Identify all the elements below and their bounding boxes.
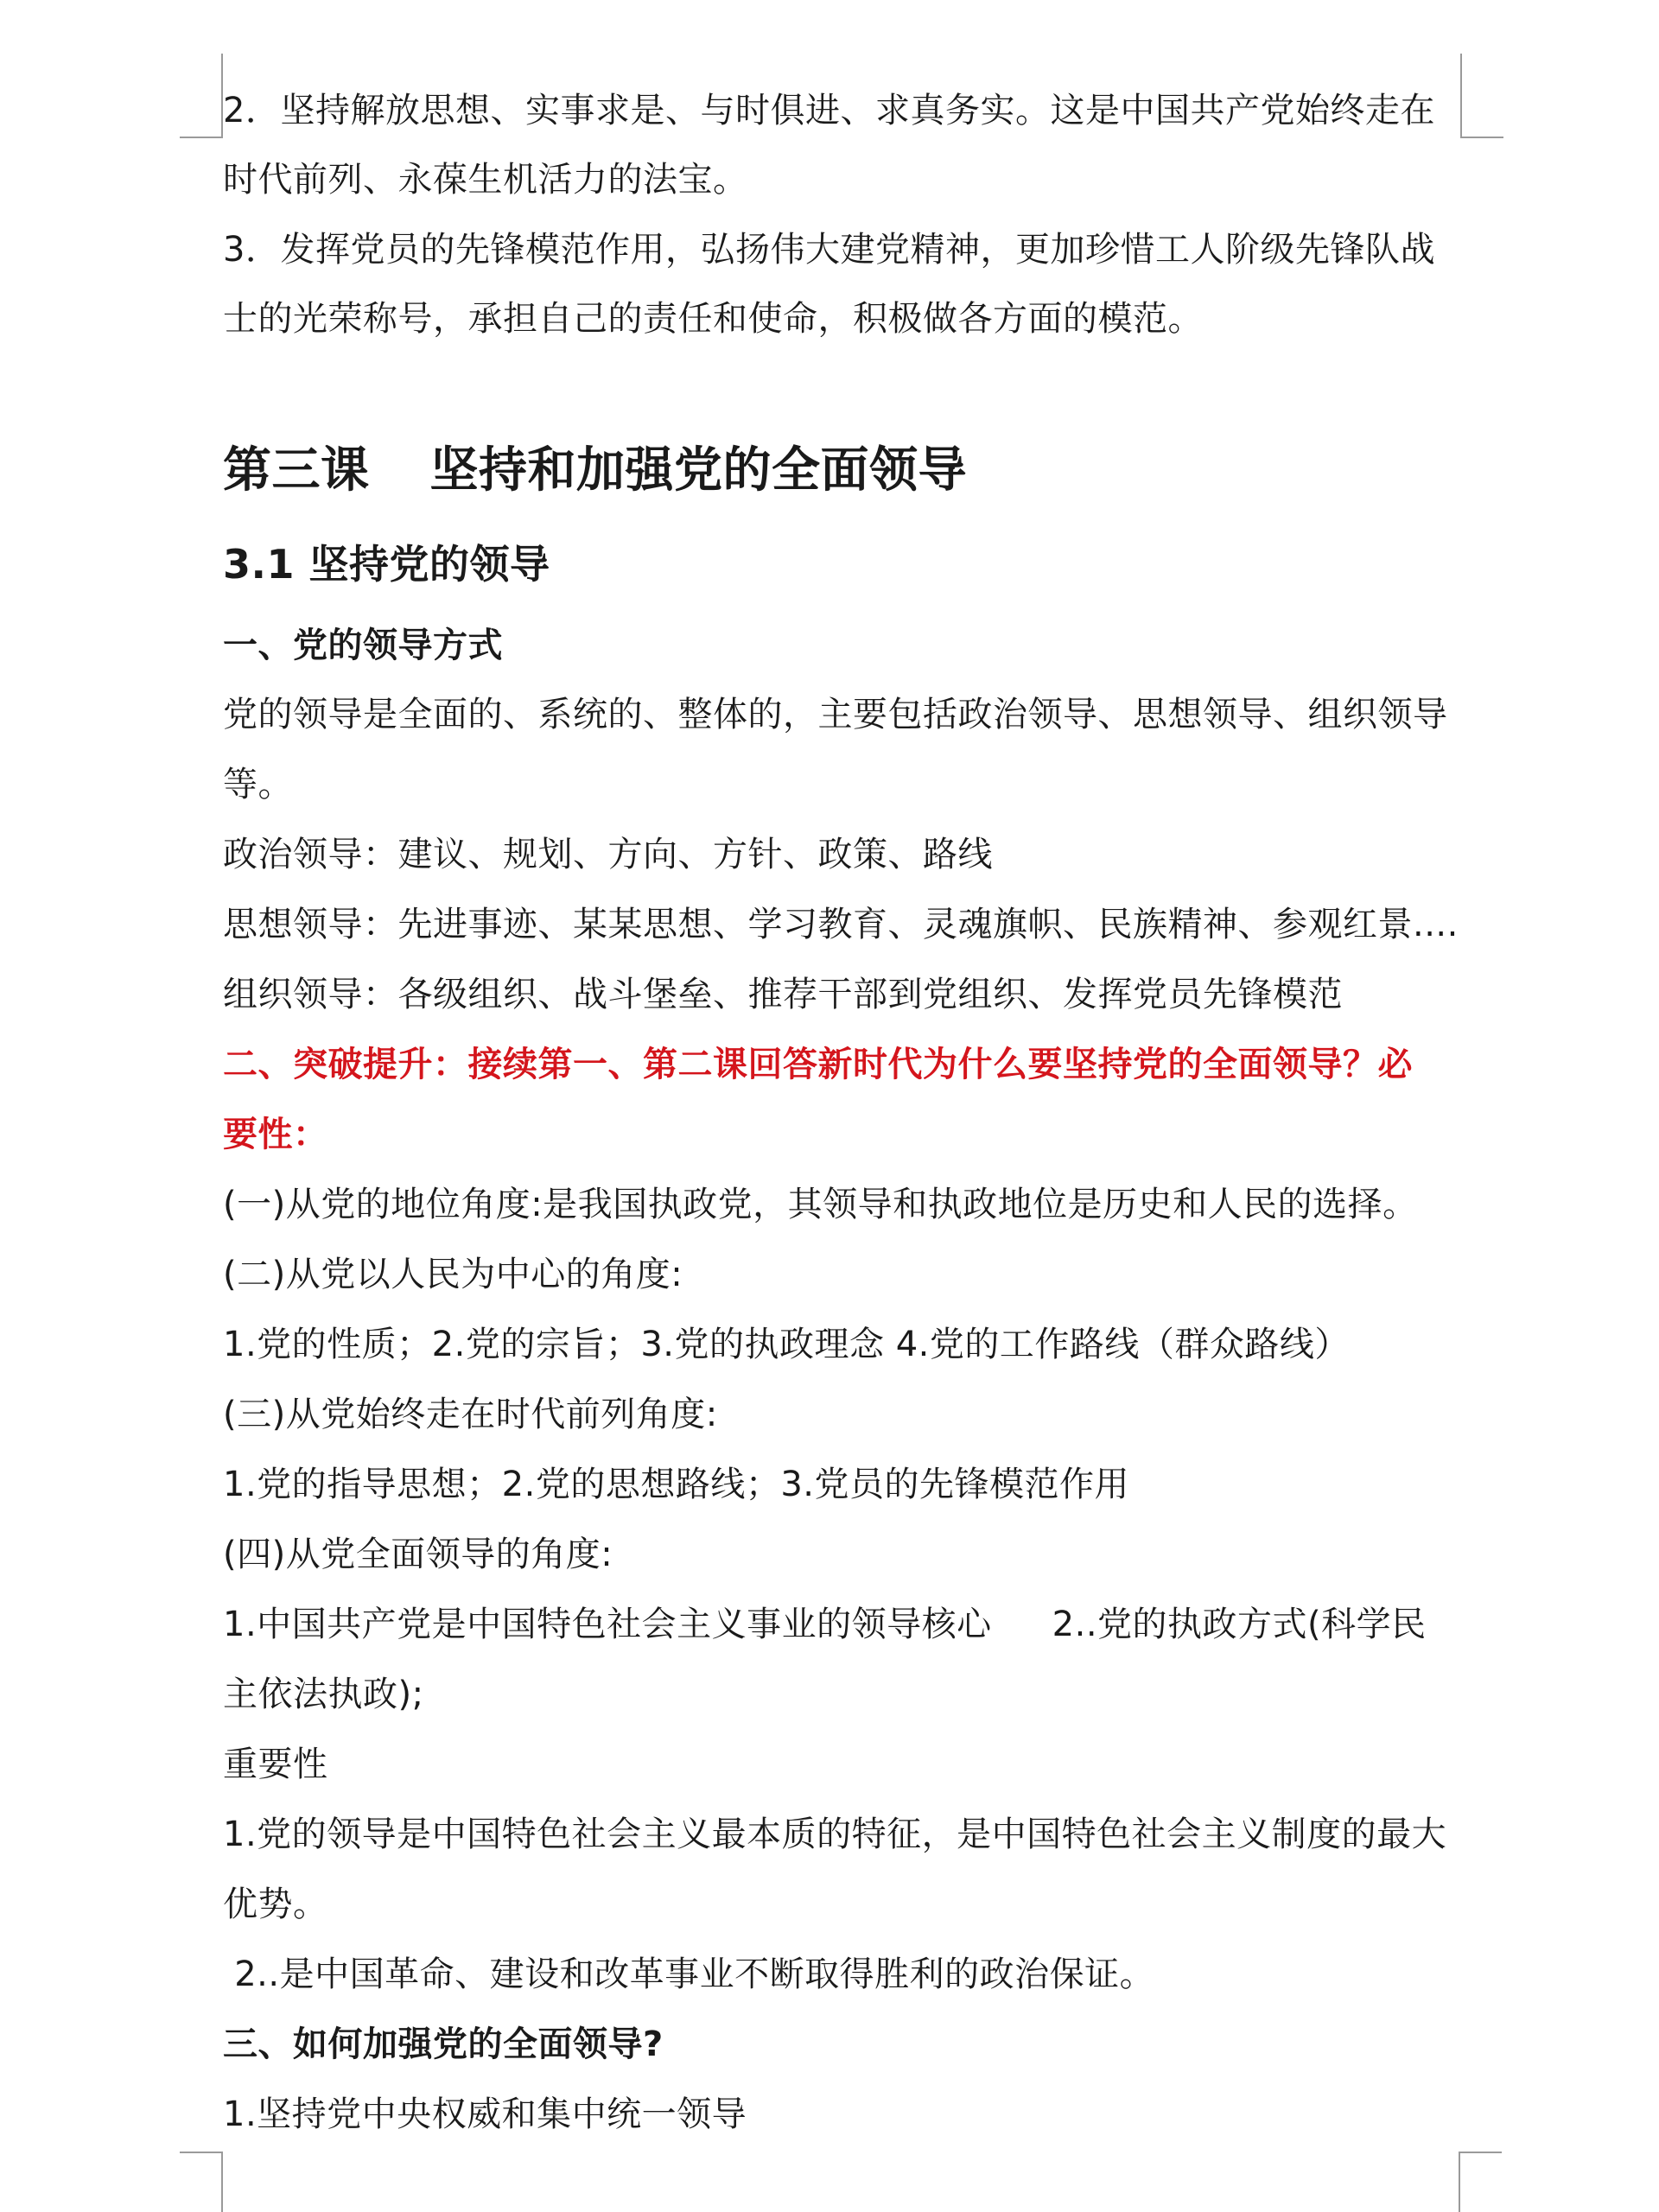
intro-item-2-line2: 时代前列、永葆生机活力的法宝。	[223, 154, 748, 206]
importance-1-line2: 优势。	[223, 1878, 328, 1930]
intro-item-3-line1: 3．发挥党员的先锋模范作用，弘扬伟大建党精神，更加珍惜工人阶级先锋队战	[223, 224, 1435, 276]
necessity-line: 1.党的性质；2.党的宗旨；3.党的执政理念 4.党的工作路线（群众路线）	[223, 1319, 1350, 1370]
importance-2: 2..是中国革命、建设和改革事业不断取得胜利的政治保证。	[223, 1948, 1154, 2000]
lesson-title-text: 坚持和加强党的全面领导	[430, 442, 968, 499]
part1-summary-line2: 等。	[223, 759, 293, 810]
part1-summary-line1: 党的领导是全面的、系统的、整体的，主要包括政治领导、思想领导、组织领导	[223, 689, 1448, 741]
page-corner-mark-top-right	[1460, 54, 1503, 138]
part2-heading-line2: 要性：	[223, 1109, 328, 1160]
necessity-line: (三)从党始终走在时代前列角度:	[223, 1389, 718, 1440]
governing-method-text: 2..党的执政方式(科学民	[1052, 1605, 1427, 1644]
necessity-line: (四)从党全面领导的角度:	[223, 1529, 613, 1580]
necessity-line: 1.党的指导思想；2.党的思想路线；3.党员的先锋模范作用	[223, 1459, 1129, 1510]
necessity-line: (二)从党以人民为中心的角度:	[223, 1249, 683, 1300]
organizational-leadership-item: 组织领导：各级组织、战斗堡垒、推荐干部到党组织、发挥党员先锋模范	[223, 969, 1343, 1020]
page-corner-mark-top-left	[180, 54, 223, 138]
leadership-line2: 主依法执政);	[223, 1669, 424, 1720]
section-title: 3.1 坚持党的领导	[223, 537, 550, 592]
political-leadership-item: 政治领导：建议、规划、方向、方针、政策、路线	[223, 829, 993, 880]
leadership-line1: 1.中国共产党是中国特色社会主义事业的领导核心2..党的执政方式(科学民	[223, 1599, 1427, 1650]
page-corner-mark-bottom-left	[180, 2152, 223, 2212]
ideological-leadership-item: 思想领导：先进事迹、某某思想、学习教育、灵魂旗帜、民族精神、参观红景....	[223, 899, 1459, 950]
intro-item-3-line2: 士的光荣称号，承担自己的责任和使命，积极做各方面的模范。	[223, 293, 1203, 345]
part3-item-1: 1.坚持党中央权威和集中统一领导	[223, 2088, 747, 2140]
importance-1-line1: 1.党的领导是中国特色社会主义最本质的特征，是中国特色社会主义制度的最大	[223, 1808, 1446, 1860]
part2-heading-line1: 二、突破提升：接续第一、第二课回答新时代为什么要坚持党的全面领导？必	[223, 1039, 1413, 1090]
intro-item-2-line1: 2．坚持解放思想、实事求是、与时俱进、求真务实。这是中国共产党始终走在	[223, 85, 1435, 137]
necessity-line: (一)从党的地位角度:是我国执政党，其领导和执政地位是历史和人民的选择。	[223, 1179, 1418, 1230]
lesson-number: 第三课	[223, 442, 370, 499]
leadership-core-text: 1.中国共产党是中国特色社会主义事业的领导核心	[223, 1605, 992, 1644]
part1-heading: 一、党的领导方式	[223, 620, 503, 671]
page-corner-mark-bottom-right	[1459, 2152, 1502, 2212]
importance-label: 重要性	[223, 1738, 328, 1790]
part3-heading: 三、如何加强党的全面领导?	[223, 2018, 664, 2070]
lesson-title: 第三课坚持和加强党的全面领导	[223, 441, 967, 501]
